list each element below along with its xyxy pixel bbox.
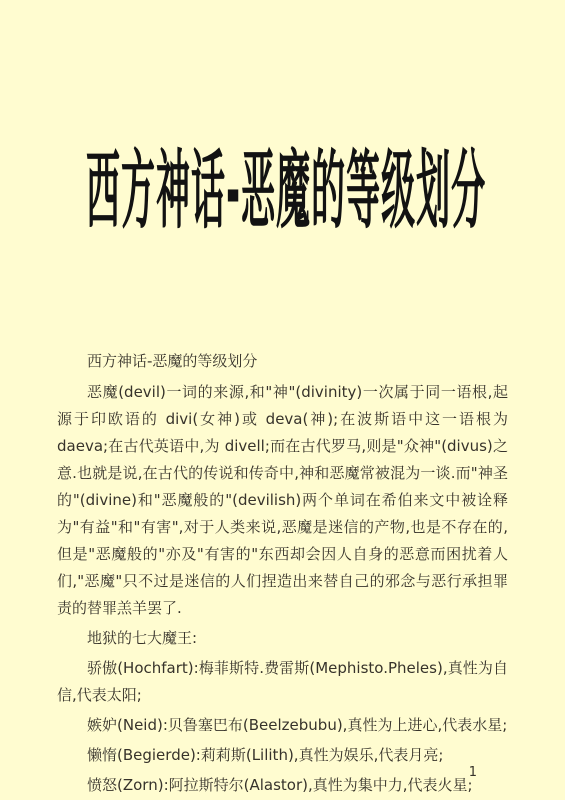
page-title: 西方神话-恶魔的等级划分 <box>86 150 486 235</box>
paragraph: 地狱的七大魔王: <box>57 625 508 652</box>
document-page: 西方神话-恶魔的等级划分 西方神话-恶魔的等级划分 恶魔(devil)一词的来源… <box>0 0 565 800</box>
paragraph: 懒惰(Begierde):莉莉斯(Lilith),真性为娱乐,代表月亮; <box>57 742 508 769</box>
page-title-wrap: 西方神话-恶魔的等级划分 <box>86 148 486 238</box>
page-number: 1 <box>469 765 477 780</box>
paragraph: 恶魔(devil)一词的来源,和"神"(divinity)一次属于同一语根,起源… <box>57 379 508 622</box>
paragraph: 愤怒(Zorn):阿拉斯特尔(Alastor),真性为集中力,代表火星; <box>57 772 508 799</box>
paragraph: 骄傲(Hochfart):梅菲斯特.费雷斯(Mephisto.Pheles),真… <box>57 655 508 709</box>
paragraph: 嫉妒(Neid):贝鲁塞巴布(Beelzebubu),真性为上进心,代表水星; <box>57 712 508 739</box>
subtitle: 西方神话-恶魔的等级划分 <box>57 351 508 371</box>
paragraph-list: 恶魔(devil)一词的来源,和"神"(divinity)一次属于同一语根,起源… <box>57 379 508 799</box>
document-body: 西方神话-恶魔的等级划分 恶魔(devil)一词的来源,和"神"(divinit… <box>0 351 565 800</box>
